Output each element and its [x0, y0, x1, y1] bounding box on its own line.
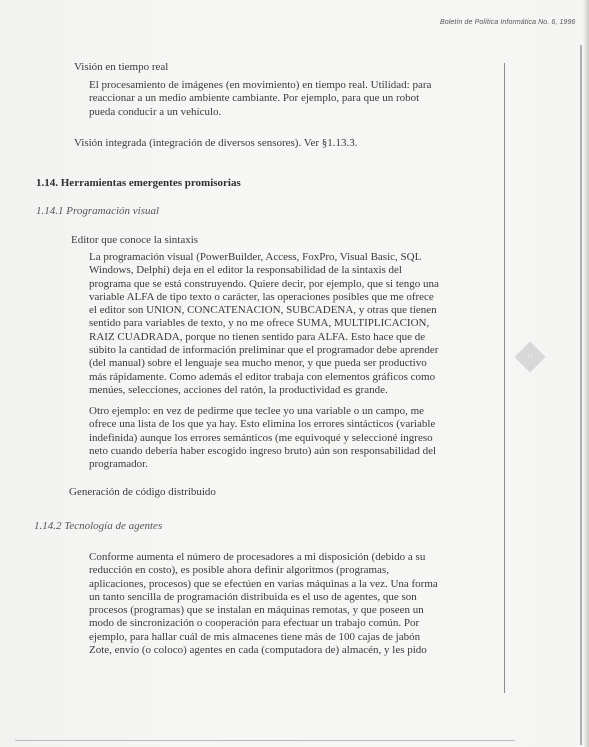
document-page: Boletín de Política Informática No. 6, 1… [0, 0, 589, 747]
text-line: El procesamiento de imágenes (en movimie… [89, 79, 431, 92]
text-line: ejemplo, para hallar cuál de mis almacen… [89, 631, 438, 644]
text-line: reducción en costo), es posible ahora de… [89, 564, 438, 577]
text-line: La programación visual (PowerBuilder, Ac… [89, 251, 439, 264]
margin-rule-outer [580, 45, 582, 745]
text-line: reaccionar a un medio ambiente cambiante… [89, 92, 431, 105]
text-line: Windows, Delphi) deja en el editor la re… [89, 264, 439, 277]
text-line: sentido para variables de texto, y no me… [89, 317, 439, 330]
text-line: variable ALFA de tipo texto o carácter, … [89, 291, 439, 304]
paragraph-agentes: Conforme aumenta el número de procesador… [89, 551, 438, 657]
text-line: aplicaciones, procesos) que se efectúen … [89, 578, 438, 591]
term-editor-sintaxis: Editor que conoce la sintaxis [71, 234, 198, 247]
subsection-heading-agentes: 1.14.2 Tecnología de agentes [34, 520, 162, 533]
text-line: más rápidamente. Como además el editor t… [89, 371, 439, 384]
section-heading: 1.14. Herramientas emergentes promisoria… [36, 177, 241, 190]
paragraph-editor-1: La programación visual (PowerBuilder, Ac… [89, 251, 439, 397]
text-line: el editor son UNION, CONCATENACION, SUBC… [89, 304, 439, 317]
text-line: Otro ejemplo: en vez de pedirme que tecl… [89, 405, 436, 418]
term-vision-tiempo-real: Visión en tiempo real [74, 61, 168, 74]
text-line: menúes, selecciones, acciones del ratón,… [89, 384, 439, 397]
paragraph-editor-2: Otro ejemplo: en vez de pedirme que tecl… [89, 405, 436, 471]
page-edge-shadow [583, 0, 589, 747]
text-line: Conforme aumenta el número de procesador… [89, 551, 438, 564]
bottom-rule [15, 740, 515, 741]
text-line: un tanto sencilla de programación distri… [89, 591, 438, 604]
term-vision-integrada: Visión integrada (integración de diverso… [74, 137, 358, 150]
term-codigo-distribuido: Generación de código distribuido [69, 486, 216, 499]
subsection-heading-programacion-visual: 1.14.1 Programación visual [36, 205, 159, 218]
text-line: pueda conducir a un vehículo. [89, 106, 431, 119]
text-line: indefinida) aunque los errores semántico… [89, 432, 436, 445]
text-line: procesos (programas) que se instalan en … [89, 604, 438, 617]
text-line: neto cuando debería haber escogido ingre… [89, 445, 436, 458]
running-head: Boletín de Política Informática No. 6, 1… [440, 19, 580, 26]
text-line: RAIZ CUADRADA, porque no tienen sentido … [89, 331, 439, 344]
text-line: (del manual) sobre el lenguaje sea mucho… [89, 357, 439, 370]
text-line: ofrece una lista de los que ya hay. Esto… [89, 418, 436, 431]
definition-vision-tiempo-real: El procesamiento de imágenes (en movimie… [89, 79, 431, 119]
chapter-thumb-tab-icon: 13 [514, 341, 545, 372]
text-line: programador. [89, 458, 436, 471]
margin-rule-inner [504, 63, 505, 693]
text-line: programa que se está construyendo. Quier… [89, 278, 439, 291]
text-line: modo de sincronización o cooperación par… [89, 617, 438, 630]
thumb-tab-label: 13 [519, 346, 541, 368]
text-line: Zote, envío (o coloco) agentes en cada (… [89, 644, 438, 657]
text-line: súbito la cantidad de información prelim… [89, 344, 439, 357]
